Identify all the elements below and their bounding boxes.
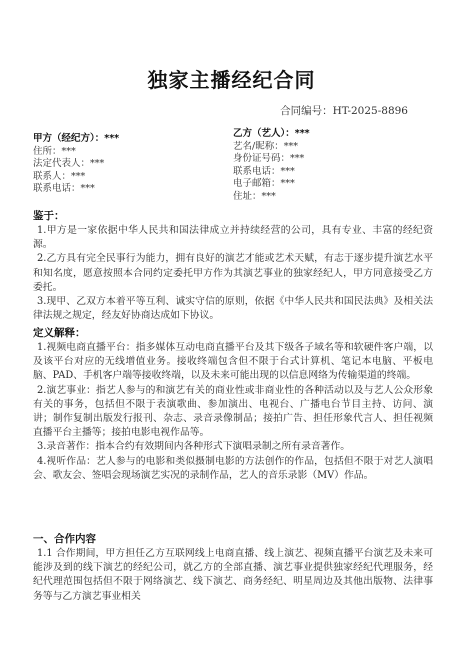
party-a-address: 住所：***	[33, 146, 119, 159]
contract-number: 合同编号：HT-2025-8896	[280, 103, 408, 118]
cooperation-item: 1.1 合作期间，甲方担任乙方互联网线上电商直播、线上演艺、视频直播平台演艺及未…	[33, 547, 433, 604]
party-b-heading: 乙方（艺人）：***	[233, 128, 310, 141]
definitions-section: 定义解释： 1.视频电商直播平台：指多媒体互动电商直播平台及其下级各子域名等和软…	[33, 326, 433, 483]
document-title: 独家主播经纪合同	[0, 64, 463, 93]
recitals-heading: 鉴于：	[33, 209, 433, 223]
recital-item: 3.现甲、乙双方本着平等互利、诚实守信的原则，依据《中华人民共和国民法典》及相关…	[33, 295, 433, 323]
party-a-legal-rep: 法定代表人：***	[33, 158, 119, 171]
recitals-section: 鉴于： 1.甲方是一家依据中华人民共和国法律成立并持续经营的公司，具有专业、丰富…	[33, 209, 433, 323]
party-a-phone: 联系电话：***	[33, 183, 119, 196]
cooperation-section: 一、合作内容 1.1 合作期间，甲方担任乙方互联网线上电商直播、线上演艺、视频直…	[33, 532, 433, 604]
definition-item: 4.视听作品：艺人参与的电影和类似摄制电影的方法创作的作品，包括但不限于对艺人演…	[33, 455, 433, 483]
recital-item: 1.甲方是一家依据中华人民共和国法律成立并持续经营的公司，具有专业、丰富的经纪资…	[33, 224, 433, 252]
definition-item: 3.录音著作：指本合约有效期间内各种形式下演唱录制之所有录音著作。	[33, 440, 433, 454]
party-b-email: 电子邮箱：***	[233, 178, 310, 191]
party-a-heading: 甲方（经纪方）：***	[33, 133, 119, 146]
cooperation-heading: 一、合作内容	[33, 532, 433, 546]
party-b-stage-name: 艺名/昵称：***	[233, 141, 310, 154]
definition-item: 2.演艺事业：指艺人参与的和演艺有关的商业性或非商业性的各种活动以及与艺人公众形…	[33, 384, 433, 441]
party-a-contact: 联系人：***	[33, 171, 119, 184]
definitions-heading: 定义解释：	[33, 326, 433, 340]
party-a-block: 甲方（经纪方）：*** 住所：*** 法定代表人：*** 联系人：*** 联系电…	[33, 133, 119, 196]
party-b-address: 住址：***	[233, 191, 310, 204]
party-b-phone: 联系电话：***	[233, 166, 310, 179]
recital-item: 2.乙方具有完全民事行为能力，拥有良好的演艺才能或艺术天赋，有志于逐步提升演艺水…	[33, 252, 433, 295]
definition-item: 1.视频电商直播平台：指多媒体互动电商直播平台及其下级各子域名等和软硬件客户端，…	[33, 341, 433, 384]
party-b-id-number: 身份证号码：***	[233, 153, 310, 166]
party-b-block: 乙方（艺人）：*** 艺名/昵称：*** 身份证号码：*** 联系电话：*** …	[233, 128, 310, 203]
document-page: 独家主播经纪合同 合同编号：HT-2025-8896 甲方（经纪方）：*** 住…	[0, 0, 463, 655]
